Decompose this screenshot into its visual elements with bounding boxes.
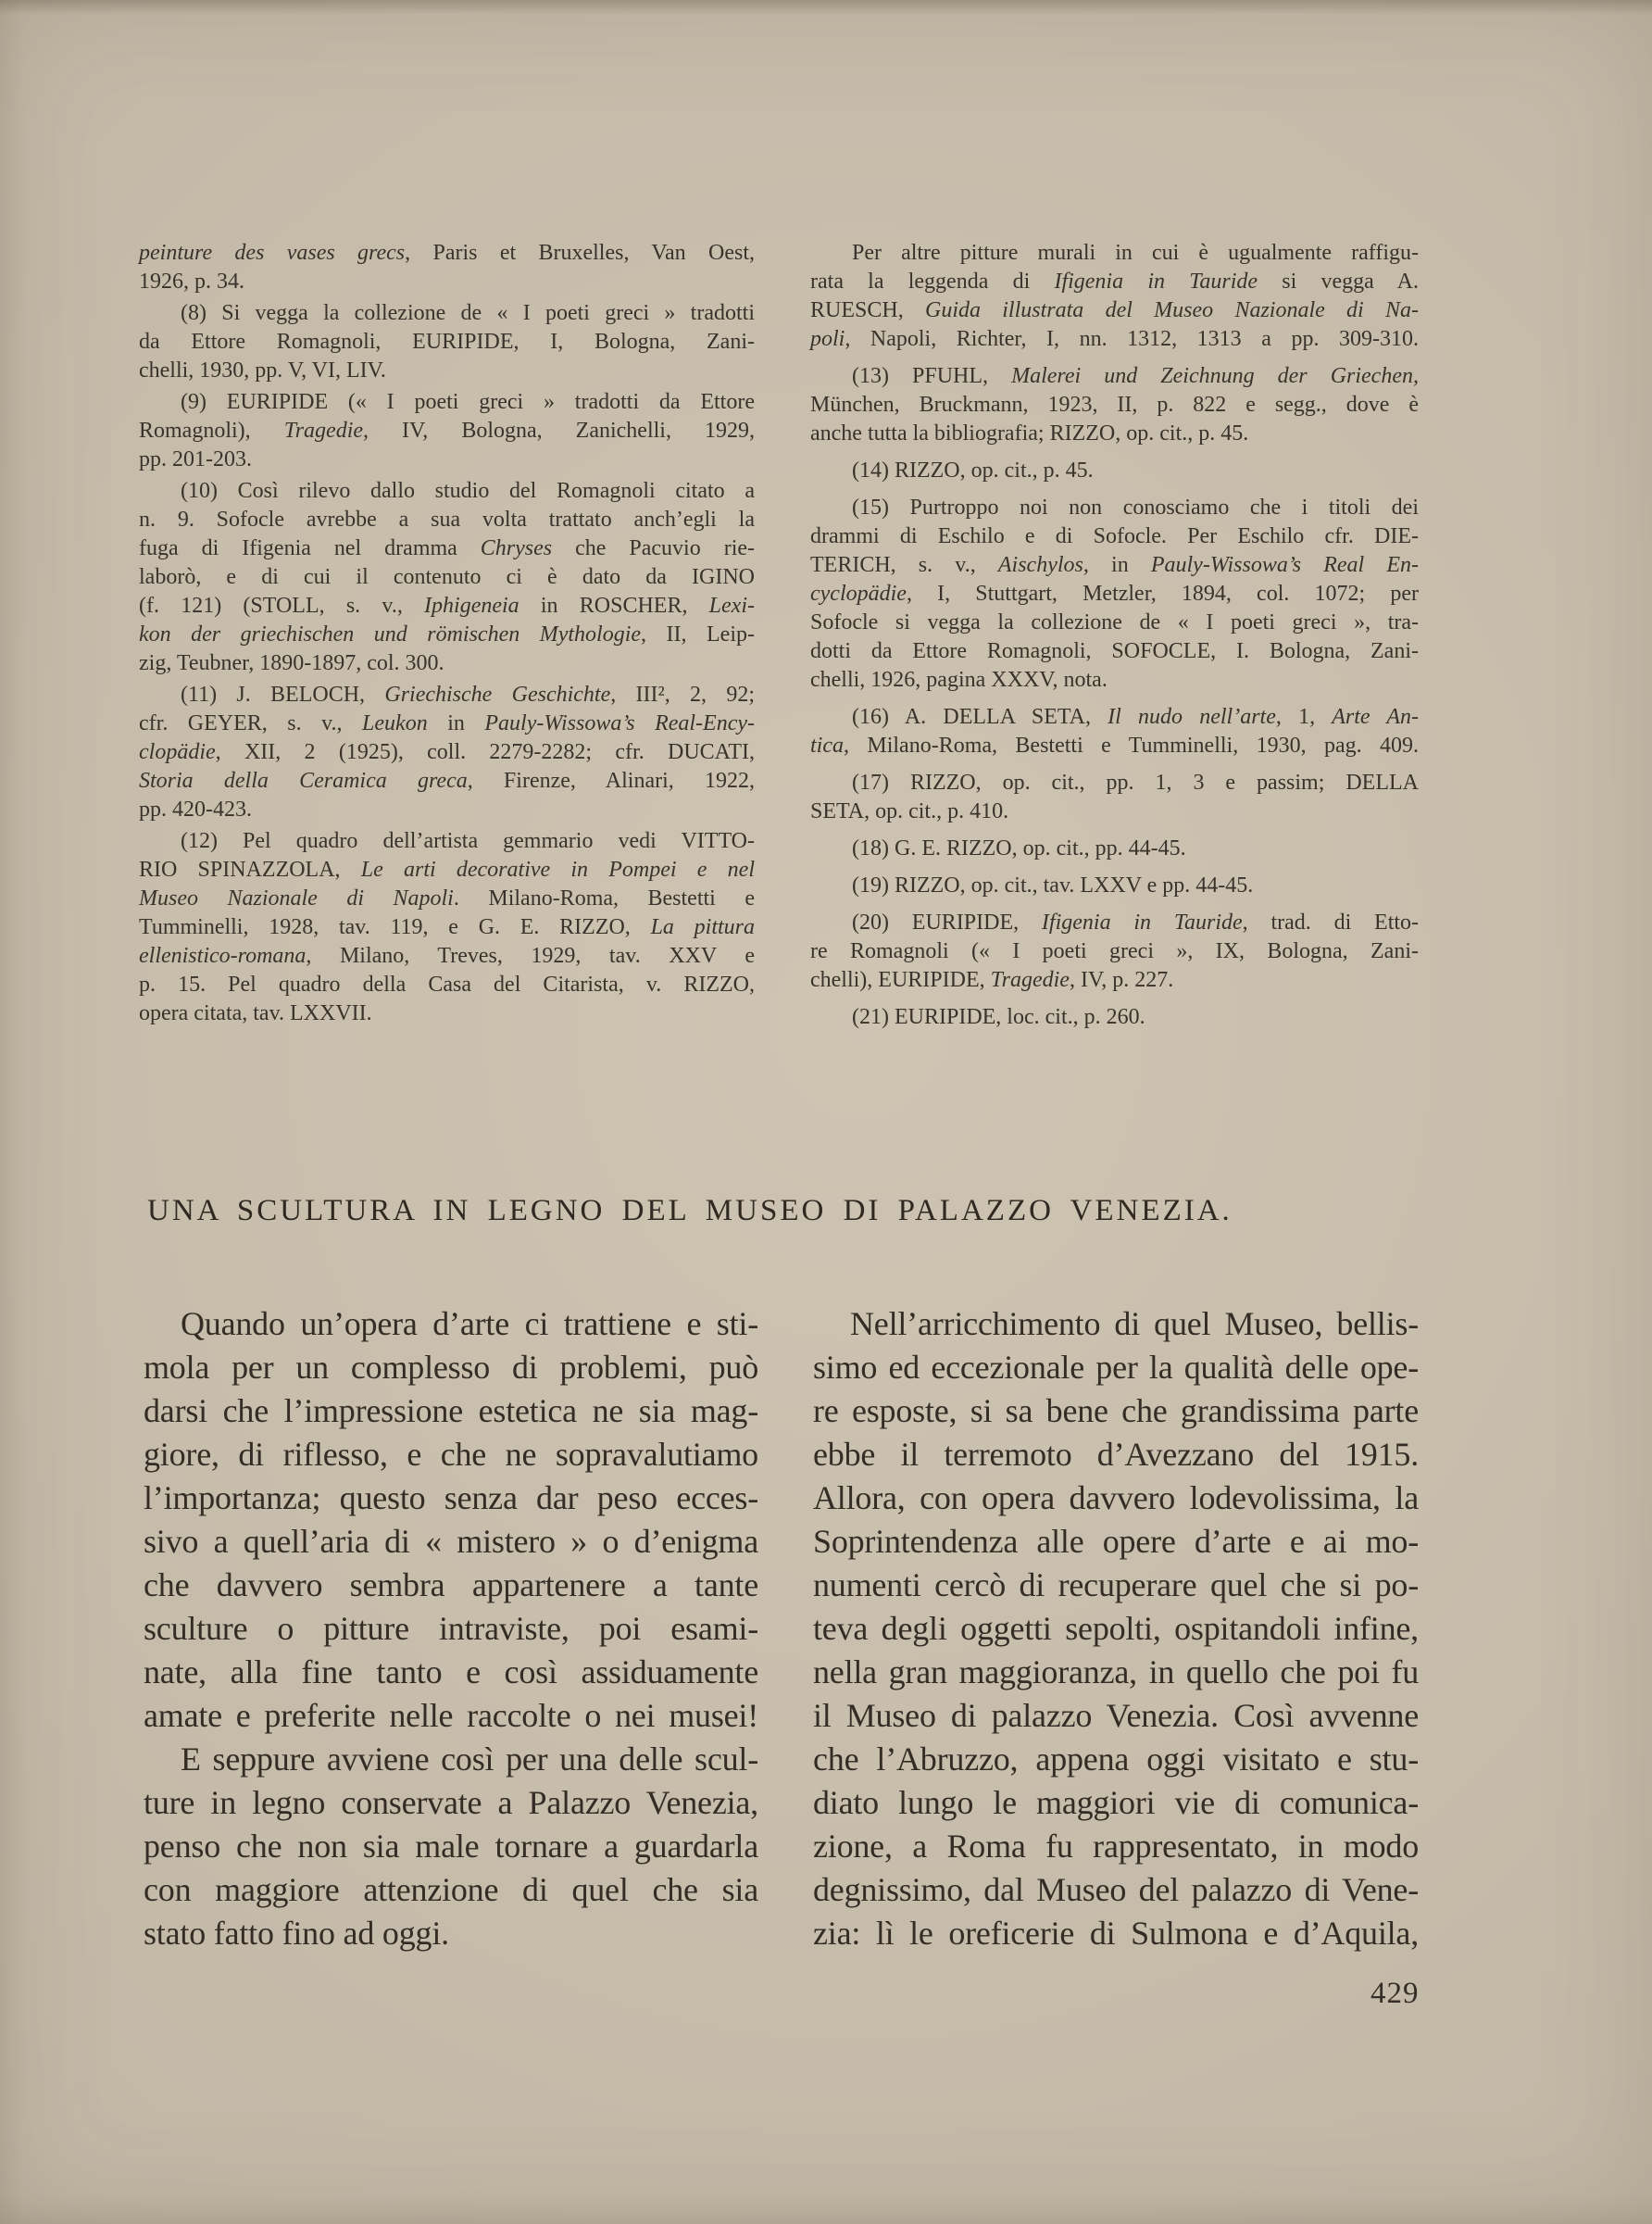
text-line: l’importanza; questo senza dar peso ecce… (144, 1476, 758, 1520)
text-line: RUESCH, Guida illustrata del Museo Nazio… (810, 296, 1419, 325)
text-line: n. 9. Sofocle avrebbe a sua volta tratta… (139, 506, 755, 534)
text-line: chelli, 1930, pp. V, VI, LIV. (139, 357, 755, 385)
text-line: degnissimo, dal Museo del palazzo di Ven… (813, 1868, 1419, 1912)
text-line: Per altre pitture murali in cui è ugualm… (810, 239, 1419, 268)
text-line: München, Bruckmann, 1923, II, p. 822 e s… (810, 391, 1419, 420)
text-line: (17) RIZZO, op. cit., pp. 1, 3 e passim;… (810, 769, 1419, 798)
text-line: (15) Purtroppo noi non conosciamo che i … (810, 494, 1419, 522)
text-line: cfr. GEYER, s. v., Leukon in Pauly-Wisso… (139, 710, 755, 738)
text-line: il Museo di palazzo Venezia. Così avvenn… (813, 1694, 1419, 1738)
body-left-column: Quando un’opera d’arte ci trattiene e st… (144, 1302, 758, 1955)
text-line: nate, alla fine tanto e così assiduament… (144, 1651, 758, 1694)
text-line: Romagnoli), Tragedie, IV, Bologna, Zanic… (139, 417, 755, 446)
text-line: tica, Milano-Roma, Bestetti e Tumminelli… (810, 732, 1419, 760)
text-line: chelli, 1926, pagina XXXV, nota. (810, 666, 1419, 695)
text-line: cyclopädie, I, Stuttgart, Metzler, 1894,… (810, 580, 1419, 609)
text-line: poli, Napoli, Richter, I, nn. 1312, 1313… (810, 325, 1419, 354)
text-line: Storia della Ceramica greca, Firenze, Al… (139, 767, 755, 796)
page-number: 429 (1370, 1977, 1420, 2011)
text-line: Tumminelli, 1928, tav. 119, e G. E. RIZZ… (139, 913, 755, 942)
text-line: giore, di riflesso, e che ne sopravaluti… (144, 1433, 758, 1476)
text-line: diato lungo le maggiori vie di comunica- (813, 1781, 1419, 1825)
text-line: RIO SPINAZZOLA, Le arti decorative in Po… (139, 856, 755, 885)
text-line: 1926, p. 34. (139, 268, 755, 296)
text-line: simo ed eccezionale per la qualità delle… (813, 1346, 1419, 1389)
text-line: (9) EURIPIDE (« I poeti greci » tradotti… (139, 388, 755, 417)
text-line: laborò, e di cui il contenuto ci è dato … (139, 563, 755, 592)
text-line: p. 15. Pel quadro della Casa del Citaris… (139, 971, 755, 999)
text-line: fuga di Ifigenia nel dramma Chryses che … (139, 534, 755, 563)
text-line: (20) EURIPIDE, Ifigenia in Tauride, trad… (810, 909, 1419, 937)
text-line: (19) RIZZO, op. cit., tav. LXXV e pp. 44… (810, 872, 1419, 900)
text-line: opera citata, tav. LXXVII. (139, 999, 755, 1028)
text-line: zia: lì le oreficerie di Sulmona e d’Aqu… (813, 1912, 1419, 1955)
text-line: (14) RIZZO, op. cit., p. 45. (810, 457, 1419, 485)
footnotes-left-column: peinture des vases grecs, Paris et Bruxe… (139, 239, 755, 1028)
text-line: sculture o pitture intraviste, poi esami… (144, 1607, 758, 1651)
text-line: (16) A. DELLA SETA, Il nudo nell’arte, 1… (810, 703, 1419, 732)
text-line: E seppure avviene così per una delle scu… (144, 1738, 758, 1781)
text-line: darsi che l’impressione estetica ne sia … (144, 1389, 758, 1433)
text-line: da Ettore Romagnoli, EURIPIDE, I, Bologn… (139, 328, 755, 357)
scanned-book-page: peinture des vases grecs, Paris et Bruxe… (0, 0, 1652, 2224)
text-line: (13) PFUHL, Malerei und Zeichnung der Gr… (810, 362, 1419, 391)
text-line: (11) J. BELOCH, Griechische Geschichte, … (139, 681, 755, 710)
text-line: zig, Teubner, 1890-1897, col. 300. (139, 649, 755, 678)
text-line: (12) Pel quadro dell’artista gemmario ve… (139, 827, 755, 856)
text-line: Sofocle si vegga la collezione de « I po… (810, 609, 1419, 637)
article-title: UNA SCULTURA IN LEGNO DEL MUSEO DI PALAZ… (147, 1194, 1233, 1228)
text-line: penso che non sia male tornare a guardar… (144, 1825, 758, 1868)
text-line: peinture des vases grecs, Paris et Bruxe… (139, 239, 755, 268)
text-line: con maggiore attenzione di quel che sia (144, 1868, 758, 1912)
text-line: amate e preferite nelle raccolte o nei m… (144, 1694, 758, 1738)
text-line: zione, a Roma fu rappresentato, in modo (813, 1825, 1419, 1868)
text-line: che l’Abruzzo, appena oggi visitato e st… (813, 1738, 1419, 1781)
text-line: anche tutta la bibliografia; RIZZO, op. … (810, 420, 1419, 448)
text-line: Nell’arricchimento di quel Museo, bellis… (813, 1302, 1419, 1346)
text-line: TERICH, s. v., Aischylos, in Pauly-Wisso… (810, 551, 1419, 580)
text-line: rata la leggenda di Ifigenia in Tauride … (810, 268, 1419, 296)
text-line: re esposte, si sa bene che grandissima p… (813, 1389, 1419, 1433)
text-line: sivo a quell’aria di « mistero » o d’eni… (144, 1520, 758, 1564)
text-line: dotti da Ettore Romagnoli, SOFOCLE, I. B… (810, 637, 1419, 666)
text-line: (f. 121) (STOLL, s. v., Iphigeneia in RO… (139, 592, 755, 621)
text-line: pp. 420-423. (139, 796, 755, 824)
body-right-column: Nell’arricchimento di quel Museo, bellis… (813, 1302, 1419, 1955)
text-line: (8) Si vegga la collezione de « I poeti … (139, 299, 755, 328)
text-line: ture in legno conservate a Palazzo Venez… (144, 1781, 758, 1825)
text-line: ebbe il terremoto d’Avezzano del 1915. (813, 1433, 1419, 1476)
text-line: SETA, op. cit., p. 410. (810, 798, 1419, 826)
text-line: Soprintendenza alle opere d’arte e ai mo… (813, 1520, 1419, 1564)
text-line: (21) EURIPIDE, loc. cit., p. 260. (810, 1003, 1419, 1032)
text-line: kon der griechischen und römischen Mytho… (139, 621, 755, 649)
text-line: teva degli oggetti sepolti, ospitandoli … (813, 1607, 1419, 1651)
text-line: clopädie, XII, 2 (1925), coll. 2279-2282… (139, 738, 755, 767)
text-line: nella gran maggioranza, in quello che po… (813, 1651, 1419, 1694)
text-line: che davvero sembra appartenere a tante (144, 1564, 758, 1607)
text-line: re Romagnoli (« I poeti greci », IX, Bol… (810, 937, 1419, 966)
text-line: pp. 201-203. (139, 446, 755, 474)
text-line: Quando un’opera d’arte ci trattiene e st… (144, 1302, 758, 1346)
text-line: (10) Così rilevo dallo studio del Romagn… (139, 477, 755, 506)
text-line: mola per un complesso di problemi, può (144, 1346, 758, 1389)
text-line: stato fatto fino ad oggi. (144, 1912, 758, 1955)
footnotes-right-column: Per altre pitture murali in cui è ugualm… (810, 239, 1419, 1032)
text-line: Museo Nazionale di Napoli. Milano-Roma, … (139, 885, 755, 913)
text-line: ellenistico-romana, Milano, Treves, 1929… (139, 942, 755, 971)
text-line: chelli), EURIPIDE, Tragedie, IV, p. 227. (810, 966, 1419, 995)
text-line: (18) G. E. RIZZO, op. cit., pp. 44-45. (810, 835, 1419, 863)
text-line: Allora, con opera davvero lodevolissima,… (813, 1476, 1419, 1520)
text-line: drammi di Eschilo e di Sofocle. Per Esch… (810, 522, 1419, 551)
text-line: numenti cercò di recuperare quel che si … (813, 1564, 1419, 1607)
